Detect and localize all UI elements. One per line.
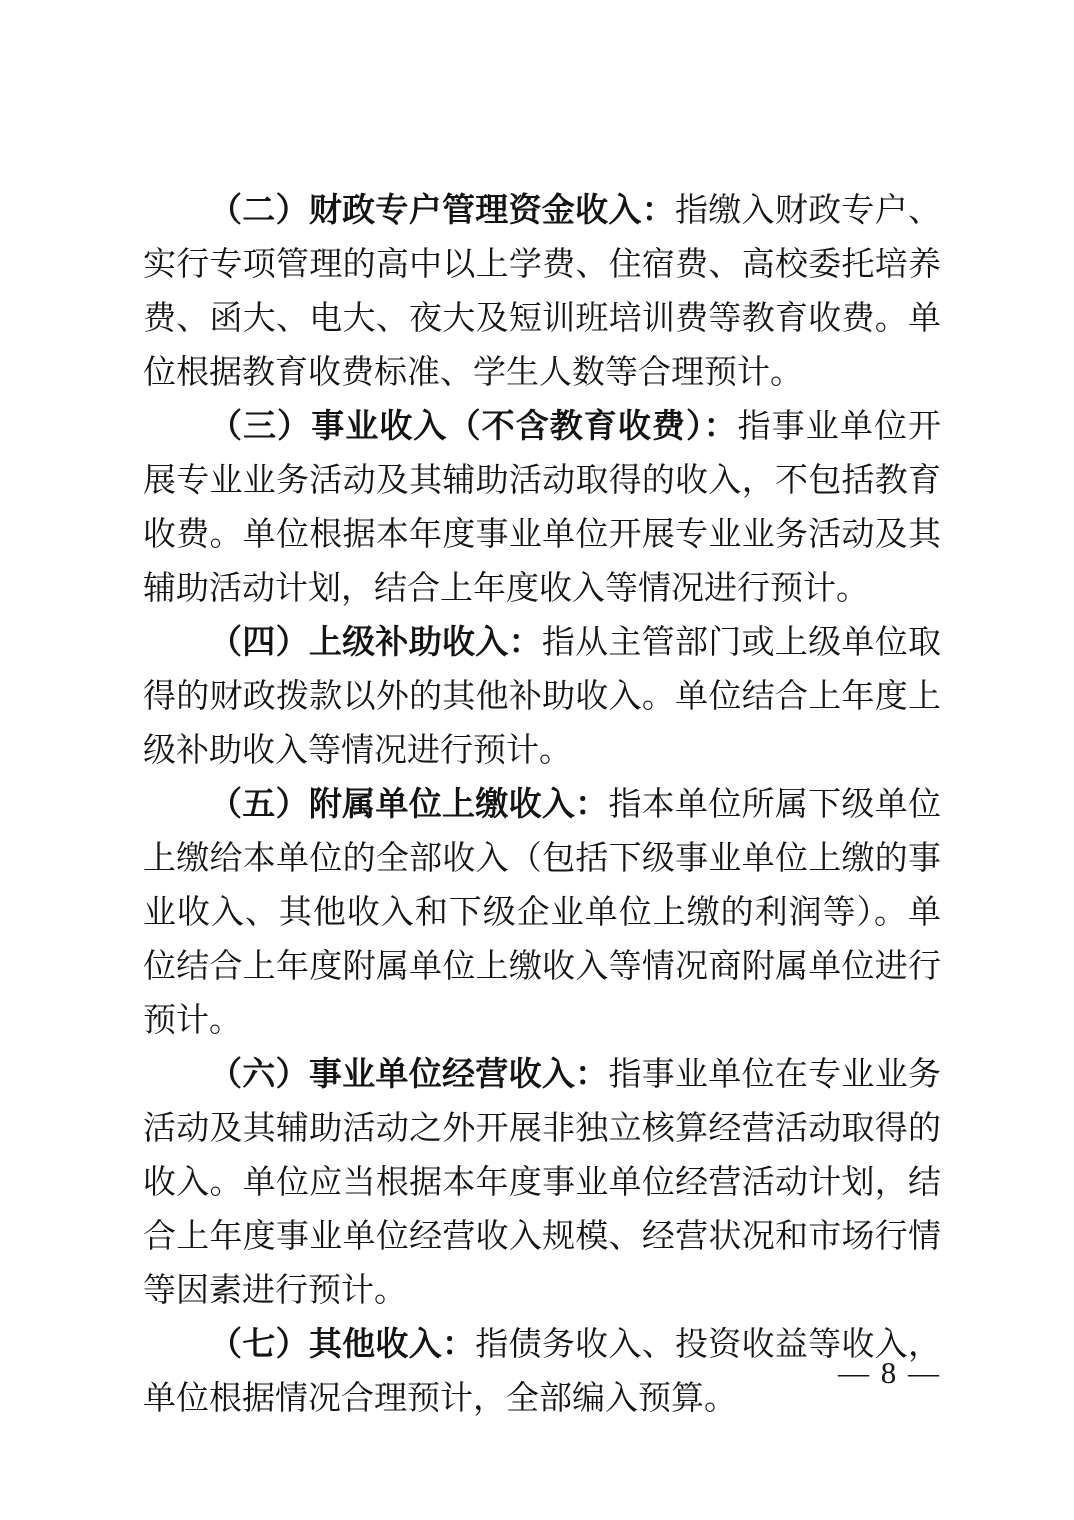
page-number: — 8 — <box>838 1355 941 1390</box>
paragraph-text: 指事业单位在专业业务活动及其辅助活动之外开展非独立核算经营活动取得的收入。单位应… <box>143 1057 941 1309</box>
paragraph-heading: （七）其他收入： <box>209 1327 475 1363</box>
paragraph-heading: （三）事业收入（不含教育收费）： <box>209 409 738 445</box>
paragraph-item-3: （三）事业收入（不含教育收费）：指事业单位开展专业业务活动及其辅助活动取得的收入… <box>143 400 941 616</box>
paragraph-item-4: （四）上级补助收入：指从主管部门或上级单位取得的财政拨款以外的其他补助收入。单位… <box>143 616 941 778</box>
paragraph-heading: （二）财政专户管理资金收入： <box>209 193 675 229</box>
document-page: （二）财政专户管理资金收入：指缴入财政专户、实行专项管理的高中以上学费、住宿费、… <box>0 0 1074 1520</box>
page-footer: — 8 — <box>838 1346 941 1400</box>
paragraph-heading: （五）附属单位上缴收入： <box>209 787 608 823</box>
paragraph-heading: （六）事业单位经营收入： <box>209 1057 608 1093</box>
paragraph-text: 指本单位所属下级单位上缴给本单位的全部收入（包括下级事业单位上缴的事业收入、其他… <box>143 787 941 1039</box>
paragraph-item-7: （七）其他收入：指债务收入、投资收益等收入，单位根据情况合理预计，全部编入预算。 <box>143 1318 941 1426</box>
document-body: （二）财政专户管理资金收入：指缴入财政专户、实行专项管理的高中以上学费、住宿费、… <box>143 184 941 1426</box>
paragraph-item-5: （五）附属单位上缴收入：指本单位所属下级单位上缴给本单位的全部收入（包括下级事业… <box>143 778 941 1048</box>
paragraph-item-2: （二）财政专户管理资金收入：指缴入财政专户、实行专项管理的高中以上学费、住宿费、… <box>143 184 941 400</box>
paragraph-item-6: （六）事业单位经营收入：指事业单位在专业业务活动及其辅助活动之外开展非独立核算经… <box>143 1048 941 1318</box>
paragraph-heading: （四）上级补助收入： <box>209 625 542 661</box>
